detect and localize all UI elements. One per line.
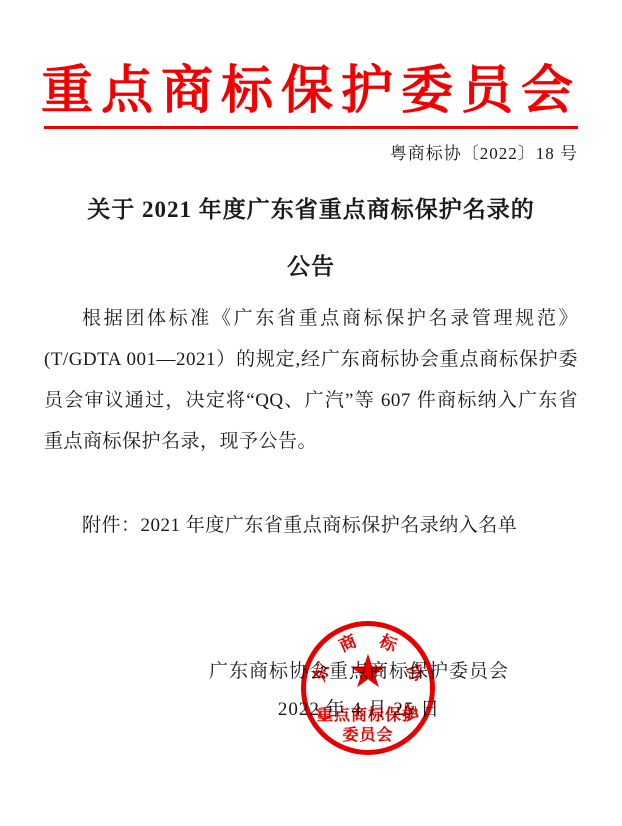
doc-number: 粤商标协〔2022〕18 号 bbox=[390, 139, 578, 164]
header-org-title: 重点商标保护委员会 bbox=[22, 48, 600, 123]
attachment-line: 附件：2021 年度广东省重点商标保护名录纳入名单 bbox=[44, 505, 578, 546]
announcement-title-line2: 公告 bbox=[0, 238, 622, 295]
official-seal: ★ 重点商标保护 委员会 广东商标协会 bbox=[301, 621, 435, 755]
body-paragraph: 根据团体标准《广东省重点商标保护名录管理规范》(T/GDTA 001—2021）… bbox=[44, 298, 578, 462]
announcement-title: 关于 2021 年度广东省重点商标保护名录的 公告 bbox=[0, 181, 622, 295]
announcement-title-line1: 关于 2021 年度广东省重点商标保护名录的 bbox=[0, 181, 622, 238]
seal-center-line2: 委员会 bbox=[306, 726, 430, 746]
announcement-page: 重点商标保护委员会 粤商标协〔2022〕18 号 关于 2021 年度广东省重点… bbox=[0, 0, 622, 826]
header-divider bbox=[44, 126, 578, 129]
